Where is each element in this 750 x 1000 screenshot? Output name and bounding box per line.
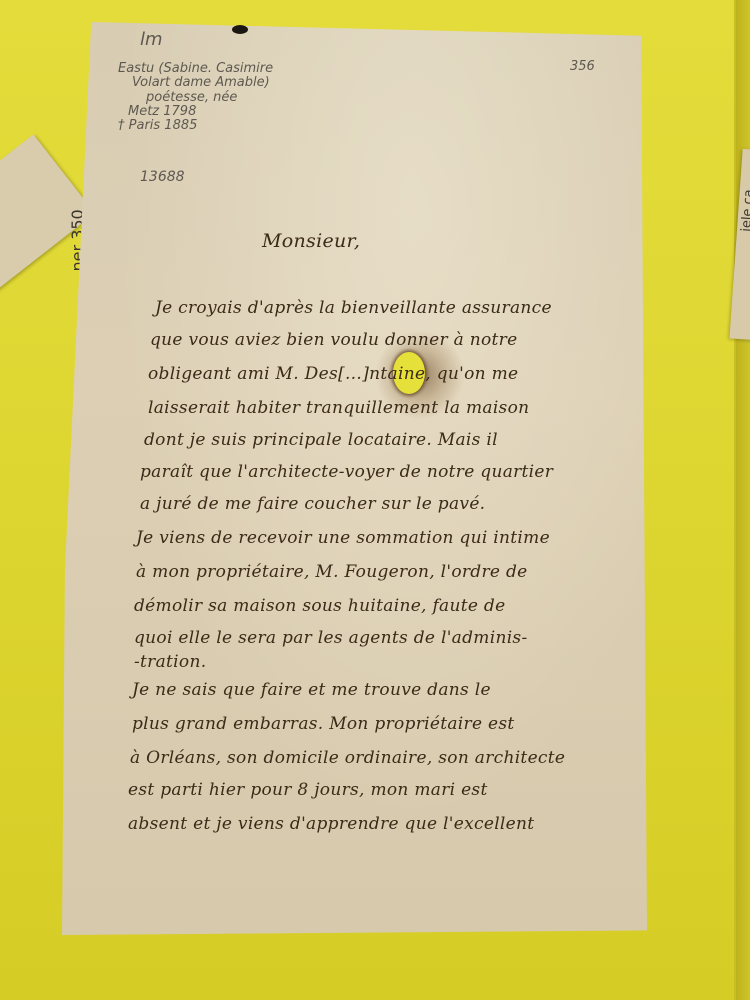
folio-number: 356 xyxy=(570,60,595,74)
letter-line: quoi elle le sera par les agents de l'ad… xyxy=(134,628,528,648)
archive-note: Eastu (Sabine. Casimire Volart dame Amab… xyxy=(118,62,273,133)
letter-line: a juré de me faire coucher sur le pavé. xyxy=(140,494,485,514)
letter-line: dont je suis principale locataire. Mais … xyxy=(144,430,498,450)
catalog-number: 13688 xyxy=(140,170,185,185)
letter-line: laisserait habiter tranquillement la mai… xyxy=(148,398,529,418)
letter-line: obligeant ami M. Des[…]ntaine, qu'on me xyxy=(148,364,518,384)
archive-note-line: † Paris 1885 xyxy=(118,119,273,133)
letter-line: à mon propriétaire, M. Fougeron, l'ordre… xyxy=(136,562,528,582)
right-label-text: iele ca xyxy=(739,189,750,232)
right-archive-label: iele ca xyxy=(729,149,750,341)
letter-line: est parti hier pour 8 jours, mon mari es… xyxy=(128,780,488,800)
letter-line: Je croyais d'après la bienveillante assu… xyxy=(155,298,552,318)
salutation: Monsieur, xyxy=(262,230,360,252)
ink-blot xyxy=(232,25,248,34)
letter-line: Je ne sais que faire et me trouve dans l… xyxy=(132,680,491,700)
letter-line: que vous aviez bien voulu donner à notre xyxy=(150,330,517,350)
letter-line: à Orléans, son domicile ordinaire, son a… xyxy=(130,748,565,768)
archive-note-line: Metz 1798 xyxy=(118,105,273,119)
letter-line: plus grand embarras. Mon propriétaire es… xyxy=(132,714,515,734)
archive-note-line: Volart dame Amable) xyxy=(118,76,273,90)
letter-line: paraît que l'architecte-voyer de notre q… xyxy=(140,462,553,482)
letter-line: Je viens de recevoir une sommation qui i… xyxy=(136,528,550,548)
letter-line: démolir sa maison sous huitaine, faute d… xyxy=(134,596,505,616)
archive-note-line: poétesse, née xyxy=(118,91,273,105)
archive-note-line: Eastu (Sabine. Casimire xyxy=(118,62,273,76)
letter-line: -tration. xyxy=(134,652,206,672)
letter-line: absent et je viens d'apprendre que l'exc… xyxy=(128,814,534,834)
archive-mark: lm xyxy=(140,30,163,50)
